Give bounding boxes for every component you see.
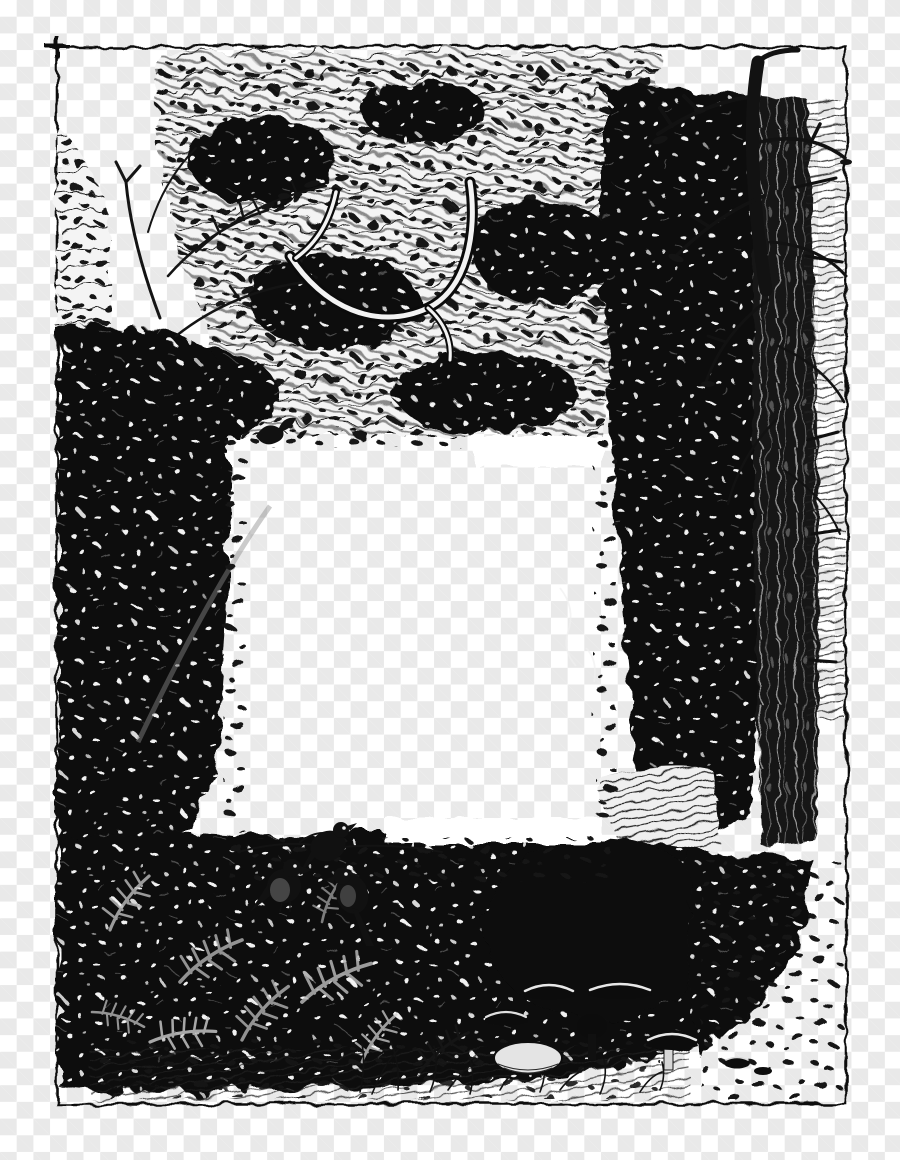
- window-top-paper-strip: [474, 436, 602, 466]
- checkerboard-background: black-and-white woodcut engraving on tra…: [0, 0, 900, 1160]
- vein: [586, 648, 595, 682]
- ground-debris: [100, 1040, 660, 1098]
- window-edge-spikes: [222, 428, 616, 882]
- branch: [116, 162, 160, 318]
- paper-remnants: [386, 436, 602, 844]
- right-margin-hatch: [806, 100, 844, 720]
- forest-frame-engraving: black-and-white woodcut engraving on tra…: [0, 0, 900, 1160]
- window-left-spikes: [222, 440, 246, 832]
- vein: [560, 588, 576, 666]
- gnarled-trunk-top: [758, 50, 798, 62]
- mushroom: [494, 1042, 562, 1074]
- border-corner-tick: [46, 36, 70, 58]
- mushroom: [724, 1058, 750, 1069]
- left-ivy-trunk: [58, 325, 237, 850]
- foliage-ring: [58, 52, 844, 1100]
- mushroom: [754, 1067, 772, 1075]
- leaf-scatter-right: [700, 860, 844, 1100]
- window-right-spikes: [594, 440, 616, 830]
